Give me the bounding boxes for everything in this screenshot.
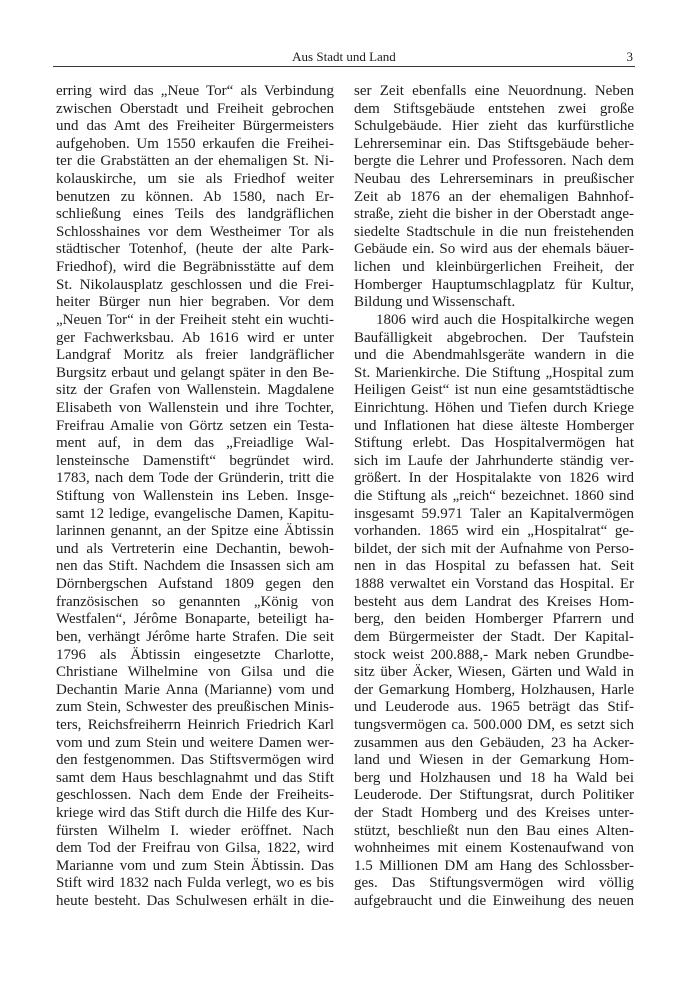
text-line: aufgebraucht und die Einweihung des neue… <box>354 893 634 911</box>
text-line: Elisabeth von Wallenstein und ihre Tocht… <box>56 400 334 418</box>
text-line: 1796 als Äbtissin eingesetzte Charlotte, <box>56 647 334 665</box>
text-line: tungsvermögen ca. 500.000 DM, es setzt s… <box>354 717 634 735</box>
text-line: und Inflationen hat diese älteste Homber… <box>354 418 634 436</box>
text-line: ment auf, in dem das „Freiadlige Wal- <box>56 435 334 453</box>
text-line: und Leuderode aus. 1965 beträgt das Stif… <box>354 699 634 717</box>
text-line: Leuderode. Der Stiftungsrat, durch Polit… <box>354 787 634 805</box>
text-line: dem Bürgermeister der Stadt. Der Kapital… <box>354 629 634 647</box>
text-line: der Stadt Homberg und des Kreises unter- <box>354 805 634 823</box>
running-header-title: Aus Stadt und Land <box>53 49 635 65</box>
text-line: sich im Laufe der Jahrhunderte ständig v… <box>354 453 634 471</box>
text-line: Dörnbergschen Aufstand 1809 gegen den <box>56 576 334 594</box>
text-line: Landgraf Moritz als freier landgräfliche… <box>56 347 334 365</box>
text-line: Lehrerseminar ein. Das Stiftsgebäude beh… <box>354 136 634 154</box>
text-line: Stiftung von Wallenstein ins Leben. Insg… <box>56 488 334 506</box>
text-line: ters, Reichsfreiherrn Heinrich Friedrich… <box>56 717 334 735</box>
text-line: larinnen genannt, an der Spitze eine Äbt… <box>56 523 334 541</box>
text-line: zusammen aus den Gebäuden, 23 ha Acker- <box>354 735 634 753</box>
text-line: wohnheimes mit einem Kostenaufwand von <box>354 840 634 858</box>
page-number: 3 <box>627 49 634 65</box>
text-line: zwischen Oberstadt und Freiheit gebroche… <box>56 101 334 119</box>
text-line: Friedhof), wird die Begräbnisstätte auf … <box>56 259 334 277</box>
text-line: insgesamt 59.971 Taler an Kapitalvermöge… <box>354 506 634 524</box>
text-line: zum Stein, Schwester des preußischen Min… <box>56 699 334 717</box>
text-line: St. Nikolausplatz geschlossen und die Fr… <box>56 277 334 295</box>
text-line: nen in das Hospital zu befassen hat. Sei… <box>354 558 634 576</box>
text-line: ben, verhängt Jérôme harte Strafen. Die … <box>56 629 334 647</box>
text-line: ges. Das Stiftungsvermögen wird völlig <box>354 875 634 893</box>
text-line: Freifrau Amalie von Görtz setzen ein Tes… <box>56 418 334 436</box>
text-line: französischen so genannten „König von <box>56 594 334 612</box>
left-column: erring wird das „Neue Tor“ als Verbindun… <box>56 83 334 911</box>
text-line: sitz über Äcker, Wiesen, Gärten und Wald… <box>354 664 634 682</box>
text-line: und das Amt des Freiheiter Bürgermeister… <box>56 118 334 136</box>
right-column: ser Zeit ebenfalls eine Neuordnung. Nebe… <box>354 83 634 911</box>
text-line: nen das Stift. Nachdem die Insassen sich… <box>56 558 334 576</box>
text-line: stock weist 200.888,- Mark neben Grundbe… <box>354 647 634 665</box>
text-line: siedelte Stadtschule in die nun freisteh… <box>354 224 634 242</box>
text-line: ter die Grabstätten an der ehemaligen St… <box>56 153 334 171</box>
text-line: benutzen zu können. Ab 1580, nach Er- <box>56 189 334 207</box>
text-line: heiter Bürger nun hier begraben. Vor dem <box>56 294 334 312</box>
text-line: dem Tod der Freifrau von Gilsa, 1822, wi… <box>56 840 334 858</box>
text-line: Heiligen Geist“ ist nun eine gesamtstädt… <box>354 382 634 400</box>
paragraph-end-line: Bildung und Wissenschaft. <box>354 294 634 312</box>
text-line: ger Fachwerksbau. Ab 1616 wird er unter <box>56 330 334 348</box>
text-line: Burgsitz erbaut und gelangt später in de… <box>56 365 334 383</box>
text-line: kolauskirche, um sie als Friedhof weiter <box>56 171 334 189</box>
text-line: vorhanden. 1865 wird ein „Hospitalrat“ g… <box>354 523 634 541</box>
text-line: lichen und kleinbürgerlichen Freiheit, d… <box>354 259 634 277</box>
text-line: land und Wiesen in der Gemarkung Hom- <box>354 752 634 770</box>
text-line: der Gemarkung Homberg, Holzhausen, Harle <box>354 682 634 700</box>
text-line: schließung eines Teils des landgräfliche… <box>56 206 334 224</box>
text-line: Schlosshaines vor dem Westheimer Tor als <box>56 224 334 242</box>
text-line: 1.5 Millionen DM am Hang des Schlossber- <box>354 858 634 876</box>
text-line: Zeit ab 1876 an der ehemaligen Bahnhof- <box>354 189 634 207</box>
text-line: „Neuen Tor“ in der Freiheit steht ein wu… <box>56 312 334 330</box>
text-line: St. Marienkirche. Die Stiftung „Hospital… <box>354 365 634 383</box>
text-line: größert. In der Hospitalakte von 1826 wi… <box>354 470 634 488</box>
text-line: samt 12 ledige, evangelische Damen, Kapi… <box>56 506 334 524</box>
text-line: samt dem Haus beschlagnahmt und das Stif… <box>56 770 334 788</box>
text-line: bergte die Lehrer und Professoren. Nach … <box>354 153 634 171</box>
text-line: und als Vertreterin eine Dechantin, bewo… <box>56 541 334 559</box>
text-line: Christiane Wilhelmine von Gilsa und die <box>56 664 334 682</box>
text-line: Schulgebäude. Hier zieht das kurfürstlic… <box>354 118 634 136</box>
text-line: den festgenommen. Das Stiftsvermögen wir… <box>56 752 334 770</box>
text-line: besteht aus dem Landrat des Kreises Hom- <box>354 594 634 612</box>
text-line: lensteinsche Damenstift“ begründet wird. <box>56 453 334 471</box>
text-line: Marianne vom und zum Stein Äbtissin. Das <box>56 858 334 876</box>
text-line: berg und Holzhausen und 18 ha Wald bei <box>354 770 634 788</box>
text-line: Gebäude ein. So wird aus der ehemals bäu… <box>354 241 634 259</box>
text-line: die Stiftung als „reich“ bezeichnet. 186… <box>354 488 634 506</box>
book-page: Aus Stadt und Land 3 erring wird das „Ne… <box>0 0 700 989</box>
text-line: Baufälligkeit abgebrochen. Der Taufstein <box>354 330 634 348</box>
paragraph-start-line: 1806 wird auch die Hospitalkirche wegen <box>354 312 634 330</box>
text-line: Einrichtung. Höhen und Tiefen durch Krie… <box>354 400 634 418</box>
text-line: heute besteht. Das Schulwesen erhält in … <box>56 893 334 911</box>
text-line: geschlossen. Nach dem Ende der Freiheits… <box>56 787 334 805</box>
text-line: fürsten Wilhelm I. wieder eröffnet. Nach <box>56 823 334 841</box>
text-line: Neubau des Lehrerseminars in preußischer <box>354 171 634 189</box>
text-line: erring wird das „Neue Tor“ als Verbindun… <box>56 83 334 101</box>
running-header: Aus Stadt und Land 3 <box>53 49 635 67</box>
text-line: Stift wird 1832 nach Fulda verlegt, wo e… <box>56 875 334 893</box>
text-line: berg, den beiden Homberger Pfarrern und <box>354 611 634 629</box>
text-line: städtischer Totenhof, (heute der alte Pa… <box>56 241 334 259</box>
text-line: 1783, nach dem Tode der Gründerin, tritt… <box>56 470 334 488</box>
text-line: dem Stiftsgebäude entstehen zwei große <box>354 101 634 119</box>
text-line: sitz der Grafen von Wallenstein. Magdale… <box>56 382 334 400</box>
text-line: bildet, der sich mit der Aufnahme von Pe… <box>354 541 634 559</box>
text-line: vom und zum Stein und weitere Damen wer- <box>56 735 334 753</box>
text-line: Stiftung erlebt. Das Hospitalvermögen ha… <box>354 435 634 453</box>
text-line: Homberger Hauptumschlagplatz für Kultur, <box>354 277 634 295</box>
text-line: 1888 verwaltet ein Vorstand das Hospital… <box>354 576 634 594</box>
text-line: aufgehoben. Um 1550 erkaufen die Freihei… <box>56 136 334 154</box>
text-line: straße, zieht die bisher in der Oberstad… <box>354 206 634 224</box>
text-line: stützt, beschließt nun den Bau eines Alt… <box>354 823 634 841</box>
text-line: und die Abendmahlsgeräte wandern in die <box>354 347 634 365</box>
text-line: Dechantin Marie Anna (Marianne) vom und <box>56 682 334 700</box>
text-line: Westfalen“, Jérôme Bonaparte, beteiligt … <box>56 611 334 629</box>
text-line: kriege wird das Stift durch die Hilfe de… <box>56 805 334 823</box>
text-line: ser Zeit ebenfalls eine Neuordnung. Nebe… <box>354 83 634 101</box>
